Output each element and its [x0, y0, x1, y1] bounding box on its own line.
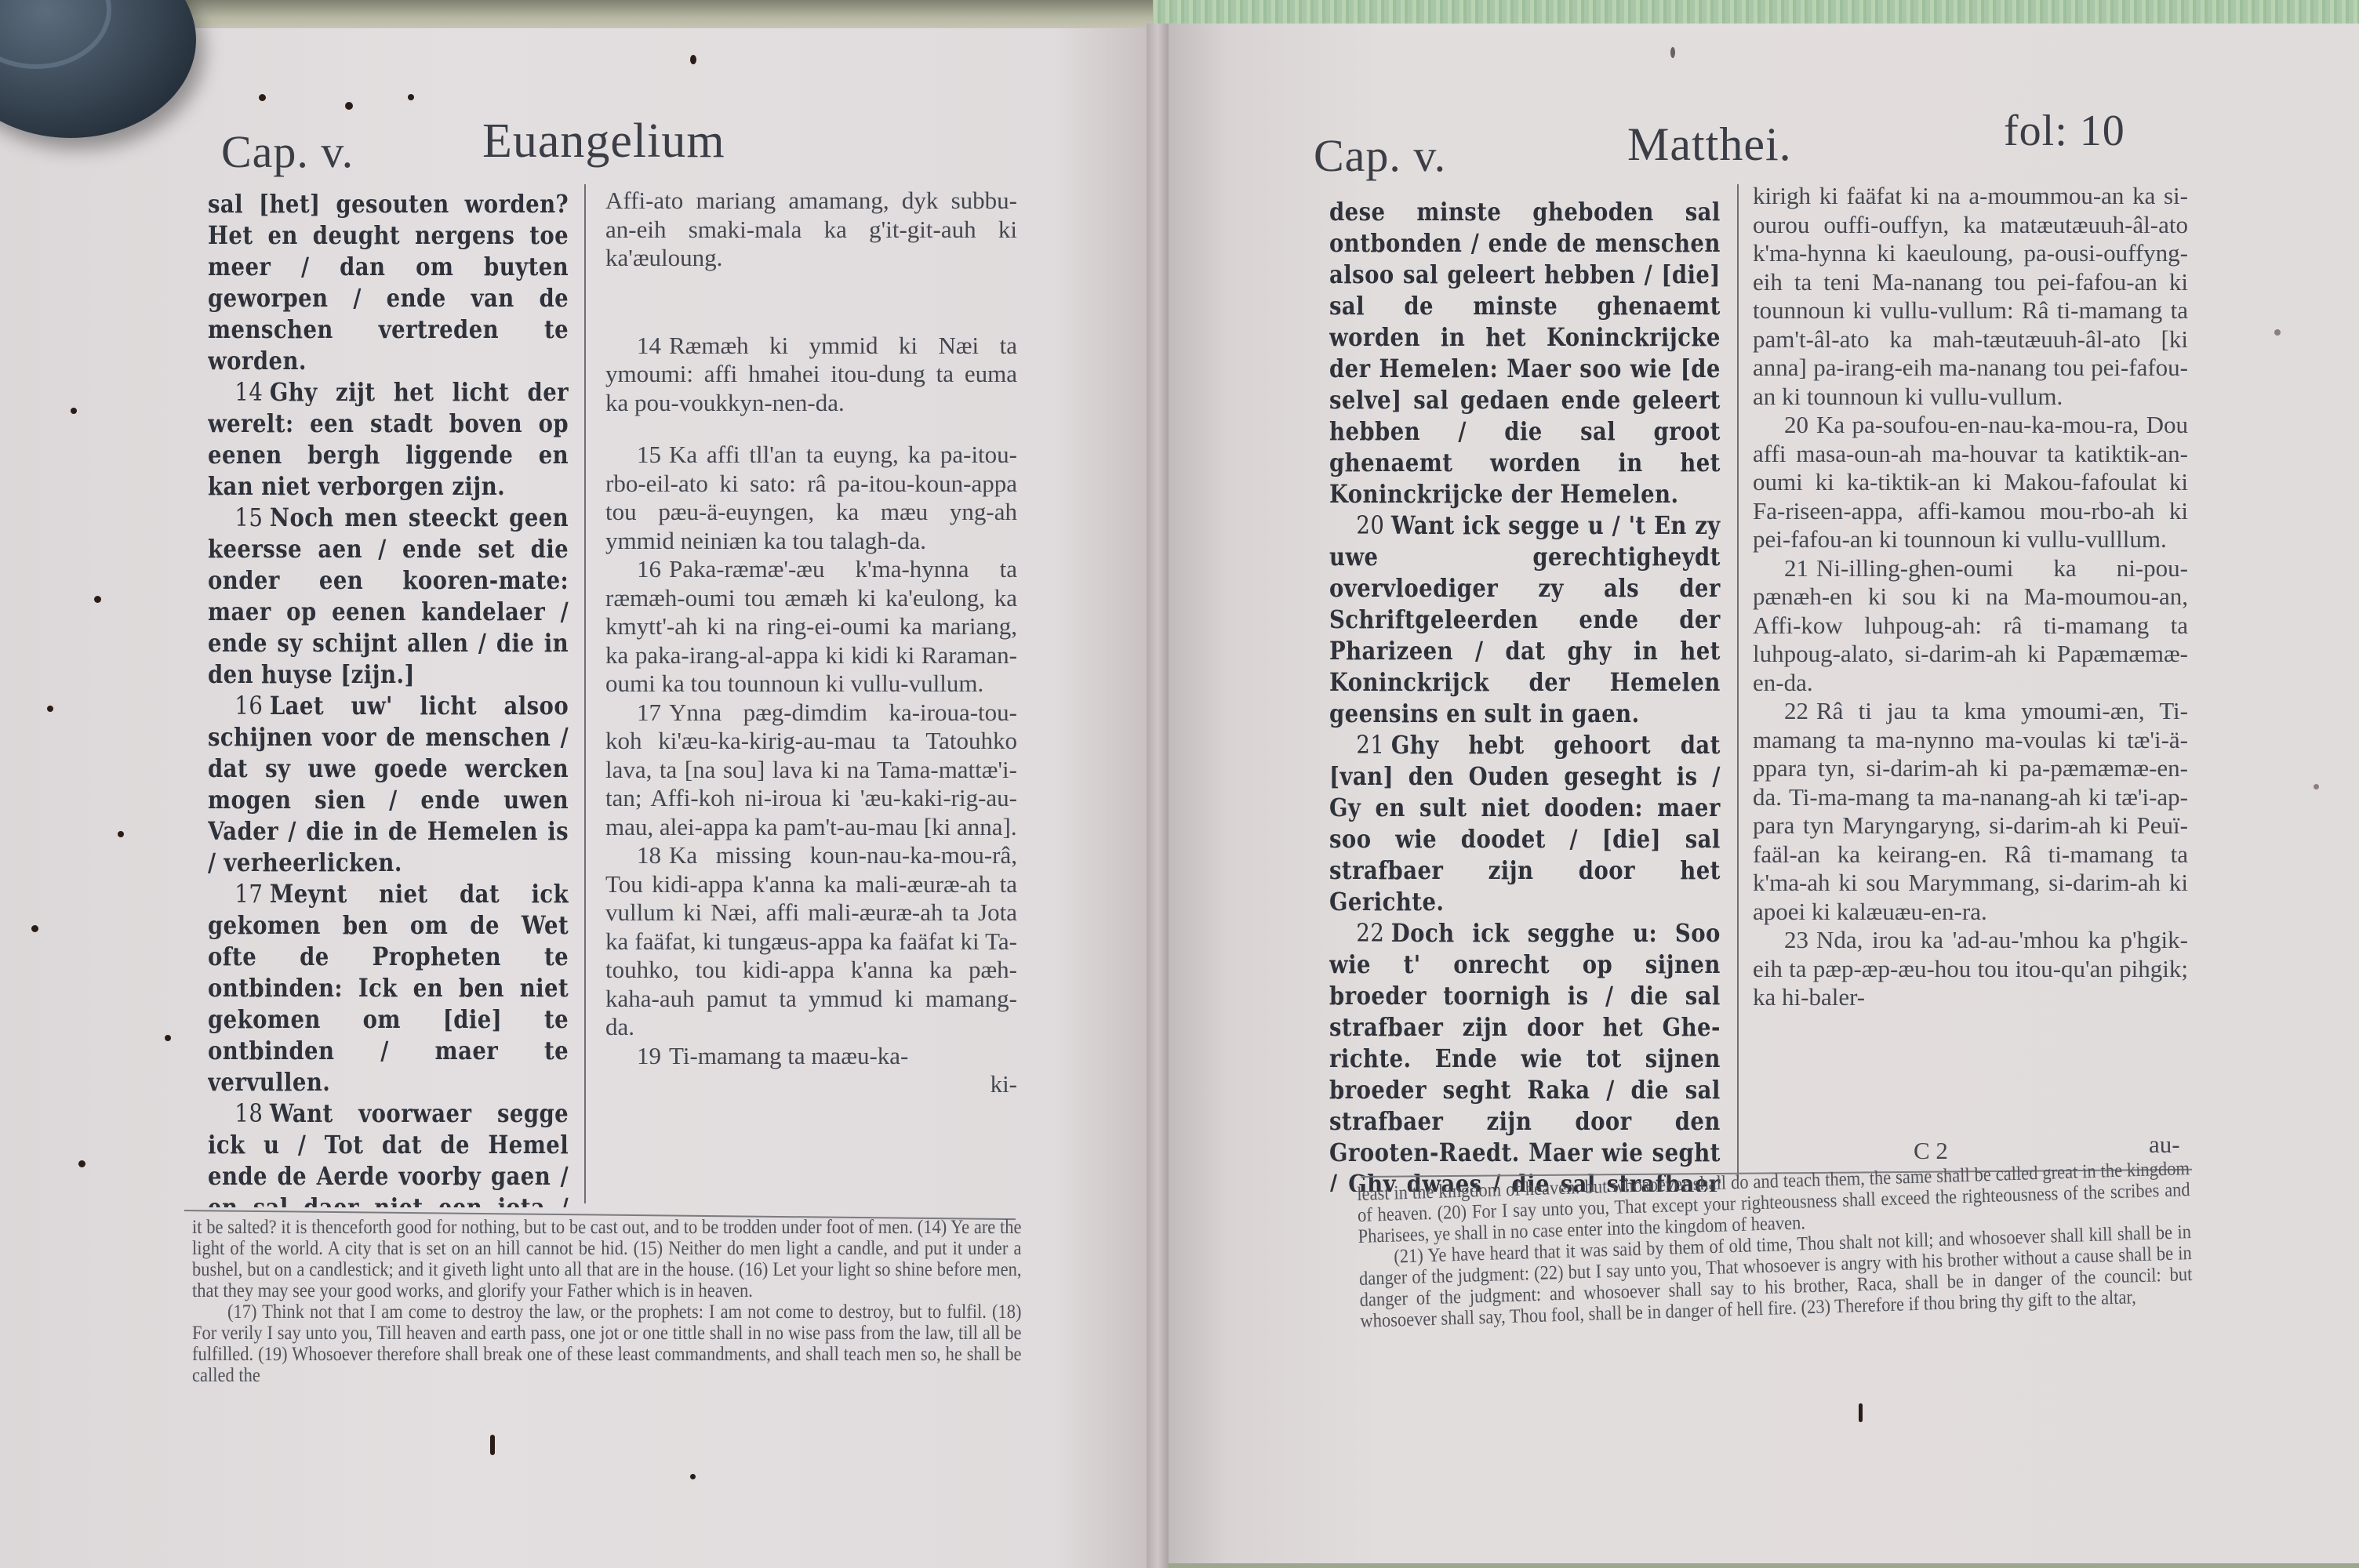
verse: dese minste gheboden sal ontbonden / end…	[1329, 196, 1721, 510]
ink-speck	[165, 1035, 171, 1041]
verse-16: 16Laet uw' licht alsoo schijnen voor de …	[208, 690, 569, 878]
left-english-footnote: it be salted? it is thenceforth good for…	[192, 1217, 1022, 1386]
ink-speck	[78, 1160, 85, 1167]
ink-speck	[408, 94, 414, 100]
ink-speck	[1670, 47, 1675, 58]
right-running-title: Matthei.	[1627, 118, 1792, 172]
ink-speck	[345, 102, 353, 110]
catchword: au-	[2149, 1131, 2180, 1159]
ink-speck	[2314, 784, 2319, 789]
verse-18: 18Want voorwaer segge ick u / Tot dat de…	[208, 1098, 569, 1207]
ink-speck	[31, 925, 38, 932]
left-running-title: Euangelium	[482, 114, 725, 169]
left-formosan-column: Affi-ato mariang amamang, dyk subbu-an-e…	[605, 187, 1017, 1206]
ink-speck	[2274, 329, 2281, 336]
right-chapter-heading: Cap. v.	[1314, 129, 1446, 182]
ink-speck	[1859, 1403, 1863, 1422]
verse-15: 15Noch men steeckt geen keersse aen / en…	[208, 502, 569, 690]
right-english-footnote: least in the kingdom of heaven: but whos…	[1357, 1158, 2193, 1332]
verse-20: 20Want ick segge u / 't En zy uwe gerech…	[1329, 510, 1721, 729]
column-divider	[584, 184, 586, 1203]
book-gutter	[1147, 24, 1169, 1568]
right-formosan-column: kirigh ki faäfat ki na a-moummou-an ka s…	[1753, 182, 2188, 1178]
left-dutch-column: sal [het] gesouten worden? Het en deught…	[208, 188, 569, 1207]
page-edge-strip	[180, 0, 1153, 30]
verse-14: 14Ghy zijt het licht der werelt: een sta…	[208, 376, 569, 502]
verse: kirigh ki faäfat ki na a-moummou-an ka s…	[1753, 182, 2188, 411]
left-chapter-heading: Cap. v.	[221, 125, 354, 178]
verse-17: 17Meynt niet dat ick gekomen ben om de W…	[208, 878, 569, 1098]
verse-20: 20Ka pa-soufou-en-nau-ka-mou-ra, Dou aff…	[1753, 411, 2188, 554]
verse-17: 17Ynna pæg-dimdim ka-iroua-tou-koh ki'æu…	[605, 699, 1017, 842]
ink-speck	[490, 1435, 495, 1455]
folio-number: fol: 10	[2004, 106, 2125, 156]
ink-speck	[118, 831, 124, 837]
verse-22: 22Râ ti jau ta kma ymoumi-æn, Ti-mamang …	[1753, 697, 2188, 926]
verse: sal [het] gesouten worden? Het en deught…	[208, 188, 569, 376]
verse-19: 19Ti-mamang ta maæu-ka-	[605, 1042, 1017, 1071]
verse-21: 21Ni-illing-ghen-oumi ka ni-pou-pænæh-en…	[1753, 554, 2188, 698]
verse-16: 16Paka-ræmæ'-æu k'ma-hynna ta ræmæh-oumi…	[605, 555, 1017, 699]
right-dutch-column: dese minste gheboden sal ontbonden / end…	[1329, 196, 1721, 1192]
verse-14: 14Ræmæh ki ymmid ki Næi ta ymoumi: affi …	[605, 332, 1017, 418]
verse-21: 21Ghy hebt gehoort dat [van] den Ouden g…	[1329, 729, 1721, 917]
verse-15: 15Ka affi tll'an ta euyng, ka pa-itou-rb…	[605, 441, 1017, 555]
column-divider	[1737, 184, 1739, 1180]
catchword: ki-	[605, 1070, 1017, 1099]
signature-mark: C 2	[1914, 1137, 1948, 1165]
ink-speck	[94, 596, 101, 603]
ink-speck	[690, 55, 696, 64]
verse-18: 18Ka missing koun-nau-ka-mou-râ, Tou kid…	[605, 841, 1017, 1042]
ink-speck	[690, 1474, 696, 1479]
verse-22: 22Doch ick segghe u: Soo wie t' onrecht …	[1329, 917, 1721, 1192]
verse: Affi-ato mariang amamang, dyk subbu-an-e…	[605, 187, 1017, 273]
ink-speck	[71, 408, 77, 414]
ink-speck	[259, 94, 266, 101]
page-weight	[0, 0, 196, 138]
ink-speck	[47, 706, 53, 712]
verse-23: 23Nda, irou ka 'ad-au-'mhou ka p'hgik-ei…	[1753, 926, 2188, 1012]
